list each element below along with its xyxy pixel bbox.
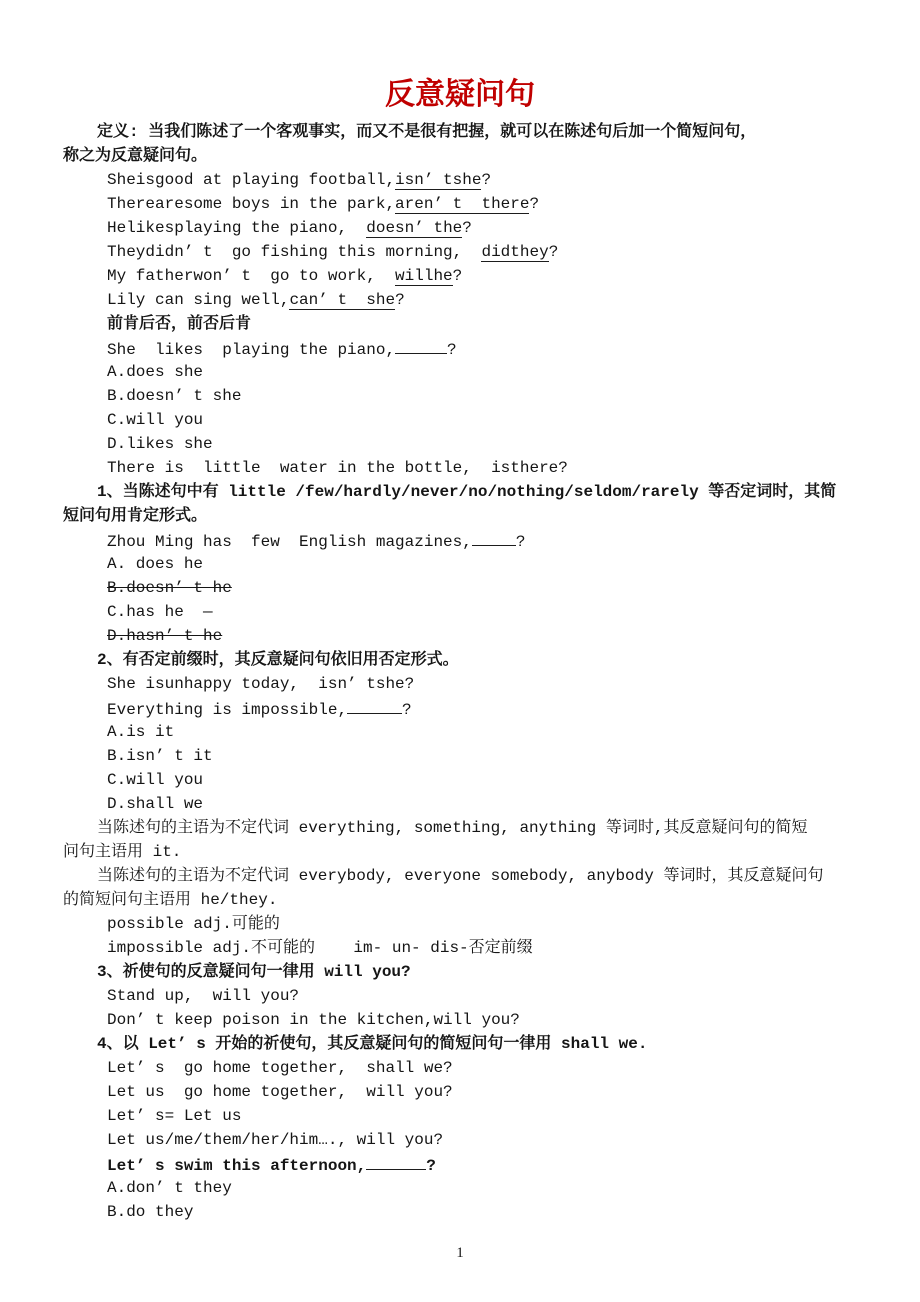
text-line: Don’ t keep poison in the kitchen,will y…	[107, 1008, 857, 1032]
paragraph-line: 当陈述句的主语为不定代词 everybody, everyone somebod…	[97, 864, 857, 888]
paragraph-line: 称之为反意疑问句。	[63, 144, 857, 168]
text-line: C.will you	[107, 768, 857, 792]
text-segment: My fatherwon’ t go to work,	[107, 267, 395, 285]
text-segment: ?	[516, 533, 526, 551]
text-segment: Let’ s swim this afternoon,	[107, 1157, 366, 1175]
text-segment: possible adj.可能的	[107, 915, 280, 933]
underlined-text: aren’ t there	[395, 195, 529, 214]
text-line: Everything is impossible,?	[107, 696, 857, 720]
text-line: B.doesn’ t he	[107, 576, 857, 600]
paragraph-line: 1、当陈述句中有 little /few/hardly/never/no/not…	[97, 480, 857, 504]
text-segment: B.doesn’ t she	[107, 387, 241, 405]
text-line: Let us/me/them/her/him…., will you?	[107, 1128, 857, 1152]
paragraph-line: 问句主语用 it.	[63, 840, 857, 864]
text-line: There is little water in the bottle, ist…	[107, 456, 857, 480]
text-segment: 4、以 Let’ s 开始的祈使句，其反意疑问句的简短问句一律用 shall w…	[97, 1035, 647, 1053]
text-line: Stand up, will you?	[107, 984, 857, 1008]
page-number: 1	[0, 1245, 920, 1262]
text-segment: She isunhappy today, isn’ tshe?	[107, 675, 414, 693]
text-segment: ?	[481, 171, 491, 189]
text-segment: 定义: 当我们陈述了一个客观事实，而又不是很有把握，就可以在陈述句后加一个简短问…	[97, 123, 756, 141]
text-line: A.does she	[107, 360, 857, 384]
text-line: Therearesome boys in the park,aren’ t th…	[107, 192, 857, 216]
text-line: Sheisgood at playing football,isn’ tshe?	[107, 168, 857, 192]
text-segment: ?	[549, 243, 559, 261]
page-title: 反意疑问句	[0, 0, 920, 116]
text-line: A. does he	[107, 552, 857, 576]
text-segment: 当陈述句的主语为不定代词 everything, something, anyt…	[97, 819, 807, 837]
text-line: My fatherwon’ t go to work, willhe?	[107, 264, 857, 288]
text-segment: impossible adj.不可能的 im- un- dis-否定前缀	[107, 939, 533, 957]
underlined-text: didthey	[481, 243, 548, 262]
text-line: D.likes she	[107, 432, 857, 456]
text-segment: ?	[402, 701, 412, 719]
blank-underline	[347, 696, 402, 714]
text-line: Let’ s swim this afternoon,?	[107, 1152, 857, 1176]
text-segment: ?	[529, 195, 539, 213]
text-line: possible adj.可能的	[107, 912, 857, 936]
text-segment: ?	[395, 291, 405, 309]
text-segment: A.don’ t they	[107, 1179, 232, 1197]
text-segment: Sheisgood at playing football,	[107, 171, 395, 189]
text-segment: Let us go home together, will you?	[107, 1083, 453, 1101]
document-page: 反意疑问句 定义: 当我们陈述了一个客观事实，而又不是很有把握，就可以在陈述句后…	[0, 0, 920, 1302]
text-line: She likes playing the piano,?	[107, 336, 857, 360]
text-segment: D.likes she	[107, 435, 213, 453]
paragraph-line: 定义: 当我们陈述了一个客观事实，而又不是很有把握，就可以在陈述句后加一个简短问…	[97, 120, 857, 144]
text-segment: ?	[462, 219, 472, 237]
text-segment: Stand up, will you?	[107, 987, 299, 1005]
document-body: 定义: 当我们陈述了一个客观事实，而又不是很有把握，就可以在陈述句后加一个简短问…	[63, 120, 857, 1224]
text-line: Theydidn’ t go fishing this morning, did…	[107, 240, 857, 264]
text-segment: ?	[453, 267, 463, 285]
text-segment: There is little water in the bottle, ist…	[107, 459, 568, 477]
text-segment: Lily can sing well,	[107, 291, 289, 309]
text-segment: Helikesplaying the piano,	[107, 219, 366, 237]
text-line: Let us go home together, will you?	[107, 1080, 857, 1104]
text-line: She isunhappy today, isn’ tshe?	[107, 672, 857, 696]
paragraph-line: 短问句用肯定形式。	[63, 504, 857, 528]
paragraph-line: 3、祈使句的反意疑问句一律用 will you?	[97, 960, 857, 984]
blank-underline	[395, 336, 447, 354]
text-segment: B.do they	[107, 1203, 193, 1221]
text-line: Zhou Ming has few English magazines,?	[107, 528, 857, 552]
text-segment: Therearesome boys in the park,	[107, 195, 395, 213]
text-segment: Let us/me/them/her/him…., will you?	[107, 1131, 443, 1149]
text-segment: C.will you	[107, 411, 203, 429]
text-line: Let’ s go home together, shall we?	[107, 1056, 857, 1080]
paragraph-line: 当陈述句的主语为不定代词 everything, something, anyt…	[97, 816, 857, 840]
text-segment: D.shall we	[107, 795, 203, 813]
text-line: D.shall we	[107, 792, 857, 816]
text-segment: Let’ s= Let us	[107, 1107, 241, 1125]
text-line: D.hasn’ t he	[107, 624, 857, 648]
text-segment: 称之为反意疑问句。	[63, 147, 207, 165]
underlined-text: can’ t she	[289, 291, 395, 310]
text-segment: A.does she	[107, 363, 203, 381]
struck-text: B.doesn’ t he	[107, 579, 232, 597]
text-segment: Zhou Ming has few English magazines,	[107, 533, 472, 551]
text-segment: C.has he —	[107, 603, 213, 621]
text-segment: 当陈述句的主语为不定代词 everybody, everyone somebod…	[97, 867, 823, 885]
text-segment: ?	[447, 341, 457, 359]
struck-text: D.hasn’ t he	[107, 627, 222, 645]
underlined-text: isn’ tshe	[395, 171, 481, 190]
text-segment: C.will you	[107, 771, 203, 789]
text-segment: 短问句用肯定形式。	[63, 507, 207, 525]
paragraph-line: 2、有否定前缀时，其反意疑问句依旧用否定形式。	[97, 648, 857, 672]
text-segment: Don’ t keep poison in the kitchen,will y…	[107, 1011, 520, 1029]
blank-underline	[472, 528, 516, 546]
text-segment: A.is it	[107, 723, 174, 741]
text-line: C.will you	[107, 408, 857, 432]
text-line: A.is it	[107, 720, 857, 744]
text-segment: 的简短问句主语用 he/they.	[63, 891, 277, 909]
text-segment: A. does he	[107, 555, 203, 573]
text-line: B.isn’ t it	[107, 744, 857, 768]
underlined-text: willhe	[395, 267, 453, 286]
text-segment: Everything is impossible,	[107, 701, 347, 719]
text-segment: Let’ s go home together, shall we?	[107, 1059, 453, 1077]
text-line: Lily can sing well,can’ t she?	[107, 288, 857, 312]
text-line: B.doesn’ t she	[107, 384, 857, 408]
text-line: C.has he —	[107, 600, 857, 624]
text-line: A.don’ t they	[107, 1176, 857, 1200]
paragraph-line: 4、以 Let’ s 开始的祈使句，其反意疑问句的简短问句一律用 shall w…	[97, 1032, 857, 1056]
text-line: impossible adj.不可能的 im- un- dis-否定前缀	[107, 936, 857, 960]
text-segment: 3、祈使句的反意疑问句一律用 will you?	[97, 963, 411, 981]
text-line: 前肯后否，前否后肯	[107, 312, 857, 336]
text-segment: 前肯后否，前否后肯	[107, 315, 251, 333]
underlined-text: doesn’ the	[366, 219, 462, 238]
paragraph-line: 的简短问句主语用 he/they.	[63, 888, 857, 912]
blank-underline	[366, 1152, 426, 1170]
text-segment: ?	[426, 1157, 436, 1175]
text-segment: She likes playing the piano,	[107, 341, 395, 359]
text-segment: Theydidn’ t go fishing this morning,	[107, 243, 481, 261]
text-line: B.do they	[107, 1200, 857, 1224]
text-segment: 2、有否定前缀时，其反意疑问句依旧用否定形式。	[97, 651, 459, 669]
text-segment: 1、当陈述句中有 little /few/hardly/never/no/not…	[97, 483, 836, 501]
text-segment: B.isn’ t it	[107, 747, 213, 765]
text-line: Let’ s= Let us	[107, 1104, 857, 1128]
text-segment: 问句主语用 it.	[63, 843, 181, 861]
text-line: Helikesplaying the piano, doesn’ the?	[107, 216, 857, 240]
